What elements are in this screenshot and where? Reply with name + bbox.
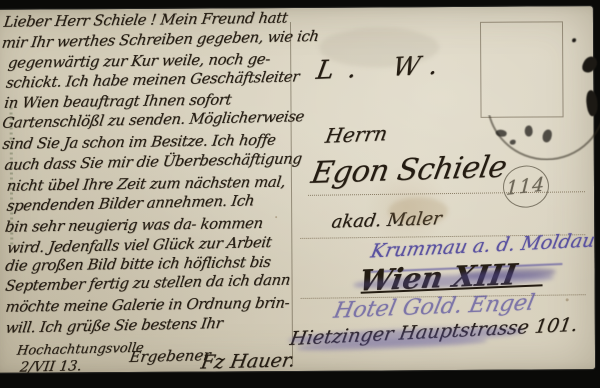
routing-number: 114 xyxy=(506,173,546,200)
message-line: mir Ihr werthes Schreiben gegeben, wie i… xyxy=(1,28,320,52)
message-line: will. Ich grüße Sie bestens Ihr xyxy=(4,315,223,337)
message-line: sind Sie Ja schon im Besitze. Ich hoffe xyxy=(2,132,277,153)
signature: Fz Hauer. xyxy=(199,349,297,373)
ink-speck xyxy=(572,38,576,42)
forwarding-city: Krummau a. d. Moldau xyxy=(369,229,597,262)
recipient-name: Egon Schiele xyxy=(308,150,509,191)
foxing-speck xyxy=(566,298,569,301)
foxing-speck xyxy=(240,140,242,142)
message-line: in Wien beauftragt Ihnen sofort xyxy=(3,91,232,111)
closing-word: Ergebener xyxy=(128,346,212,366)
message-line: nicht übel Ihre Zeit zum nächsten mal, xyxy=(6,174,286,195)
message-line: Gartenschlößl zu senden. Möglicherweise xyxy=(1,108,305,132)
closing-phrase: Hochachtungsvolle xyxy=(16,341,145,359)
routing-number-circle: 114 xyxy=(501,163,551,210)
message-block: Lieber Herr Schiele ! Mein Freund hatt m… xyxy=(0,6,593,10)
message-line: gegenwärtig zur Kur weile, noch ge- xyxy=(7,51,271,72)
message-line: möchte meine Galerie in Ordnung brin- xyxy=(5,295,291,316)
scan-background: Lieber Herr Schiele ! Mein Freund hatt m… xyxy=(0,0,600,388)
stamp-box xyxy=(480,21,564,118)
message-line: bin sehr neugierig was da- kommen xyxy=(4,215,264,236)
message-line: September fertig zu stellen da ich dann xyxy=(4,272,291,295)
message-line: die großen Bild bitte ich höflichst bis xyxy=(4,254,271,275)
address-block: L. W. Herrn Egon Schiele akad. Maler Kru… xyxy=(0,6,593,10)
ink-blob xyxy=(585,90,600,117)
message-line: spendenden Bilder annehmen. Ich xyxy=(6,192,256,214)
ink-blob xyxy=(580,54,599,75)
postcard: Lieber Herr Schiele ! Mein Freund hatt m… xyxy=(0,6,595,373)
message-line: Lieber Herr Schiele ! Mein Freund hatt xyxy=(3,10,289,31)
honorific: Herrn xyxy=(323,121,389,148)
message-line: auch dass Sie mir die Überbeschäftigung xyxy=(3,150,302,173)
date: 2/VII 13. xyxy=(19,358,83,375)
foxing-speck xyxy=(275,216,277,218)
message-line: wird. Jedenfalls viel Glück zur Arbeit xyxy=(6,234,273,257)
message-line: schickt. Ich habe meinen Geschäftsleiter xyxy=(5,68,300,91)
